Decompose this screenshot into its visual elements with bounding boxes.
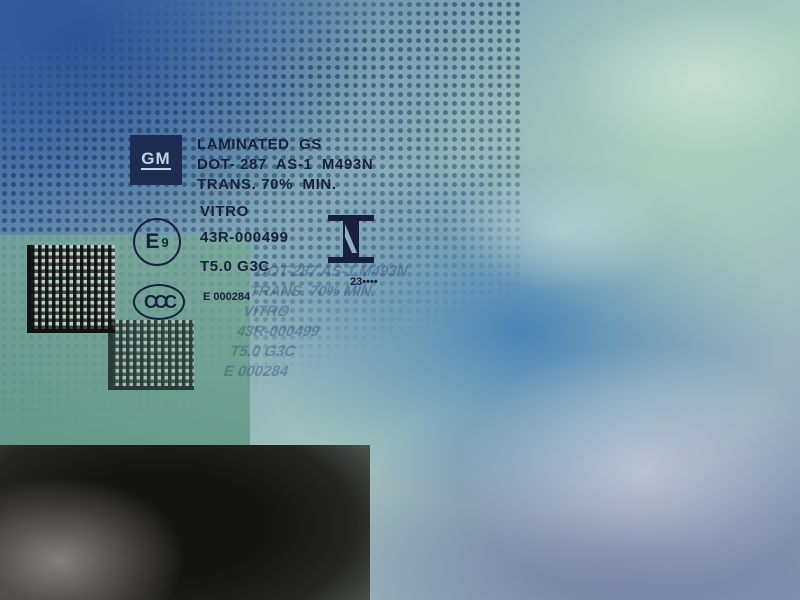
e-mark-icon: E 9 <box>133 218 181 266</box>
stamp-line-trans: TRANS. 70% MIN. <box>197 175 373 195</box>
datamatrix-code-icon <box>27 245 115 333</box>
stamp-line-laminated: LAMINATED GS <box>197 135 373 155</box>
stamp-line-dot: DOT- 287 AS-1 M493N <box>197 155 373 175</box>
spec-code: T5.0 G3C <box>200 258 270 275</box>
datamatrix-code-reflection-icon <box>108 320 194 390</box>
ccc-mark-icon: CCC <box>133 284 185 320</box>
ccc-number: E 000284 <box>203 291 250 303</box>
manufacturer-symbol-icon <box>328 215 374 263</box>
windshield-photo: DOT-287 AS-1 M493N TRANS. 70% MIN. VITRO… <box>0 0 800 600</box>
manufacturer-name: VITRO <box>200 203 249 220</box>
date-code: 23•••• <box>350 276 378 288</box>
approval-number: 43R-000499 <box>200 229 289 246</box>
stamp-text-block: LAMINATED GS DOT- 287 AS-1 M493N TRANS. … <box>197 135 373 195</box>
gm-logo-icon: GM <box>130 135 182 185</box>
black-frit-area <box>0 445 370 600</box>
